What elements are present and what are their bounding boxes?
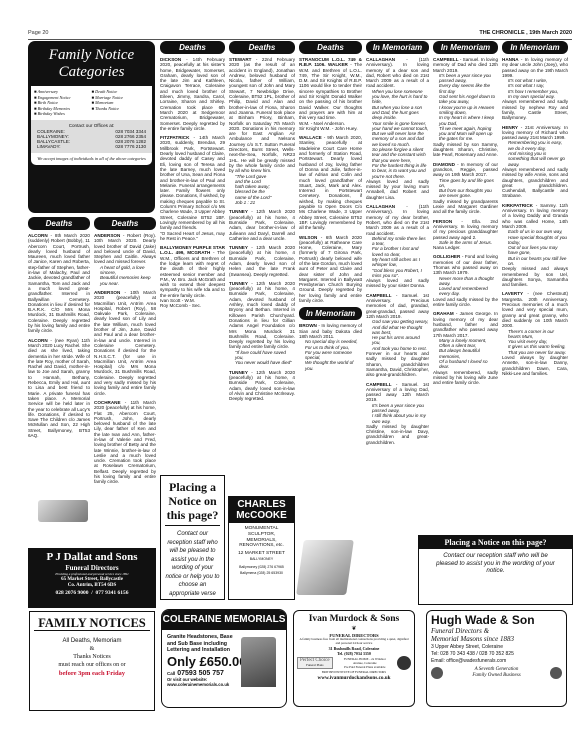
notice-entry: WILSON - 6th March 2020 (peacefully) at … [299, 235, 362, 304]
notice-entry: WALLACE - 9th March 2020, Stanley, peace… [299, 135, 362, 230]
notice-verse: For a brother I lost and loved so dear, [366, 246, 429, 257]
notice-verse: And missing you is something that will n… [502, 151, 568, 167]
notice-signoff: Always loved and sadly missed by your si… [366, 278, 429, 289]
notice-text: - 12th March 2020 (peacefully) at his ho… [229, 245, 295, 276]
notice-surname: WILSON [299, 235, 317, 240]
notice-surname: TUNNEY [229, 245, 248, 250]
notice-verse: Remembering you is easy, we do it every … [502, 140, 568, 151]
section-header-deaths: Deaths [94, 217, 156, 230]
notice-signoff: Sadly missed by son Sammy, daughters Sha… [433, 142, 498, 158]
notice-verse: Of a husband I loved so dear. [433, 359, 498, 370]
notice-line: must reach our offices on or [34, 661, 150, 669]
notice-text: - The W.M. and Brethren of L.O.L. 749, T… [299, 62, 362, 120]
notice-verse: Time goes by and life goes on, [433, 178, 498, 189]
images-note: We accept images of individuals in all o… [31, 153, 152, 165]
notice-text: - Robert (Roy). 10th March 2020. Dearly … [94, 233, 156, 264]
wade-address: 3 Upper Abbey Street, Coleraine [431, 644, 562, 651]
notice-entry: BALLYMONEY PURPLE STAR L.O.L. 499, MCGRA… [160, 245, 225, 309]
notice-text: - 14th March 2020, suddenly, Brendan, 29… [160, 135, 225, 230]
notice-entry: TUNNEY - 12th March 2020 (peacefully) at… [229, 370, 295, 402]
coffin-cross-image [296, 540, 354, 595]
notice-signature: Sir Knight W.M. - John Huey. [299, 126, 362, 131]
notice-verse: Job 1 : 21 [229, 200, 295, 205]
notice-signoff: Sadly missed by daughter Christine, son-… [366, 424, 429, 445]
notice-verse: But in our hearts you still live on. [502, 256, 568, 267]
notice-verse: For the hardest thing in life to bear, i… [366, 163, 429, 179]
notice-verse: And did what He thought was best, [366, 325, 429, 336]
col3-column: DeathsDICKSON - 14th February 2020, peac… [160, 41, 225, 313]
notice-verse: We thought the world of you. [299, 360, 362, 371]
notice-surname: STEWART [229, 57, 251, 62]
notice-signoff: Nana Ledger. [433, 245, 498, 250]
notice-verse: Every day seems like the first day [433, 83, 498, 94]
notice-surname: CAMPBELL [366, 293, 392, 298]
notice-signoff: Always remembered and sadly missed by ne… [502, 99, 568, 120]
notice-entry: COCHRANE - 11th March 2020 (peacefully) … [94, 400, 156, 485]
col1-column: DeathsALCORN - 8th March 2020 (suddenly)… [28, 217, 90, 442]
page-number: Page 20 [28, 30, 49, 36]
notice-surname: ANDERSON [94, 233, 120, 238]
notice-text: - 12th March 2020 (peacefully) at his ho… [229, 209, 295, 240]
wade-ad: Hugh Wade & Son Funeral Directors & Memo… [426, 610, 567, 707]
family-notice-categories: Family Notice Categories Anniversary Dea… [28, 41, 155, 213]
col8-column: In MemoriamHANNA - In loving memory of m… [502, 41, 568, 380]
notice-surname: CALLAGHAN [366, 204, 395, 209]
notice-text: - 8th March 2020 (suddenly) Robert (Bobb… [28, 233, 90, 333]
notice-signoff: Always remembered and sadly missed by wi… [502, 167, 568, 199]
wade-script: Family Owned Business [472, 673, 520, 679]
notice-entry: HENRY - 21st Anniversary. In loving memo… [502, 125, 568, 199]
notice-surname: WALLACE [299, 135, 322, 140]
notice-verse: Behind my smile there lies a tear, [366, 236, 429, 247]
ornament-icon: ❦ [297, 625, 411, 633]
placing-body: Contact our reception staff who will be … [419, 549, 572, 578]
notice-text: - The W.M., Officers and Brethren of the… [160, 250, 225, 297]
murdock-tagline: A family business free from all multinat… [297, 638, 411, 646]
notice-verse: But always beautiful memories, [433, 348, 498, 359]
notice-verse: When you lose someone you love, the hurt… [366, 89, 429, 105]
notice-verse: "God bless you Robert, I miss you so". [366, 268, 429, 279]
notice-entry: ALCORN - (nee Ryan) 11th March 2020 Lucy… [28, 338, 90, 439]
crest-icon [550, 667, 562, 679]
dallat-sub: Funeral Directors [29, 564, 155, 572]
murdock-name: Ivan Murdock & Sons [297, 614, 411, 625]
category-item: Thanks Notice [92, 106, 150, 112]
mccooke-ad: CHARLESMcCOOKE MONUMENTALSCULPTOR,MEMORI… [228, 496, 295, 600]
notice-verse: For you were someone special, [299, 350, 362, 361]
notice-verse: In my heart is where I keep you Dad, [433, 115, 498, 126]
notice-surname: CALLAGHAN [366, 57, 395, 62]
section-header-deaths: Deaths [160, 41, 225, 54]
notice-verse: God sent his Angel down to take you away… [433, 94, 498, 105]
notice-quote: "O Sacred Heart of Jesus, may he Rest in… [160, 231, 225, 242]
notice-entry: TUNNEY - 12th March 2020 (peacefully) at… [229, 281, 295, 366]
notice-entry: KIRKPATRICK - Sammy. 11th Anniversary. I… [502, 203, 568, 288]
notice-surname: DIAMOND [433, 162, 455, 167]
placing-title: Placing a Notice on this page? [165, 480, 220, 526]
wade-script: Funeral Directors & [431, 627, 562, 635]
col5-column: DeathsSTRANOCUM L.O.L. 749 & R.B.P. 1106… [299, 41, 362, 371]
notice-signoff: Forever in our hearts and sadly missed b… [366, 351, 429, 377]
notice-verse: Til we meet again, hoping you and Mum wi… [433, 126, 498, 142]
notice-surname: HENRY [502, 125, 518, 130]
notice-text: - (11th Anniversary). In loving memory o… [366, 204, 429, 235]
notice-signoff: Sadly missed by grandparents Lexie and M… [433, 199, 498, 215]
notice-verse: Loved and remembered every day. [433, 286, 498, 297]
notice-text: - 10th March 2020 (peacefully) at Macmil… [94, 290, 156, 396]
placing-notice-ad-right: Placing a Notice on this page? Contact o… [418, 535, 573, 605]
notice-entry: FERSON - Ella. 2nd Anniversary. In lovin… [433, 219, 498, 251]
contact-title: Contact our Offices at: [37, 123, 146, 128]
notice-entry: DICKSON - 14th February 2020, peacefully… [160, 57, 225, 131]
categories-list: Anniversary Death Notice Engagement Noti… [31, 86, 152, 120]
categories-title: Family Notice Categories [31, 47, 152, 81]
notice-verse: But from our thoughts you are never gone… [433, 188, 498, 199]
notice-verse: But when you lose a son and Dad, the hur… [366, 105, 429, 121]
pc-sub: Funeral Plans [300, 663, 330, 667]
wade-name: Hugh Wade & Son [431, 614, 562, 627]
notice-surname: KIRKPATRICK [502, 203, 533, 208]
notice-signature: Roy McComb - Sec. [160, 303, 225, 308]
notice-line: & [34, 645, 150, 653]
notice-signoff: Deeply missed and always remembered by s… [502, 266, 568, 287]
section-header-deaths: Deaths [28, 217, 90, 230]
notice-verse: Never more than a thought away. [433, 276, 498, 287]
office-contacts: Contact our Offices at: COLERAINE:028 70… [31, 120, 152, 153]
perfect-choice-logo: Perfect Choice [300, 659, 330, 663]
notice-surname: BROWN [299, 323, 317, 328]
notice-surname: TUNNEY [229, 370, 248, 375]
deadline-text: before 3pm each Friday [34, 669, 150, 678]
notice-entry: HANNA - In loving memory of my dear uncl… [502, 57, 568, 121]
notice-text: - 14th February 2020, peacefully at his … [160, 57, 225, 131]
notice-text: - (nee Ryan) 11th March 2020 Lucy Rachel… [28, 338, 90, 438]
notice-text: - 12th March 2020 (peacefully) at his ho… [229, 370, 295, 401]
section-header-memoriam: In Memoriam [433, 41, 498, 54]
notice-verse: I still think about you in my own way. [366, 413, 429, 424]
notice-signoff: Loved and sadly missed by the entire fam… [433, 297, 498, 308]
col2-column: DeathsANDERSON - Robert (Roy). 10th Marc… [94, 217, 156, 489]
paper-title: THE CHRONICLE , 19th March 2020 [479, 30, 572, 36]
notice-verse: I know you're up in Heaven smiling down, [433, 105, 498, 116]
ad-line: Ballymena (028) 25 653930 [229, 571, 294, 577]
notice-entry: TUNNEY - 12th March 2020 (peacefully) at… [229, 245, 295, 277]
notice-surname: ALCORN [28, 233, 48, 238]
notice-surname: TUNNEY [229, 209, 248, 214]
notice-verse: Beautiful memories keep you near. [94, 275, 156, 286]
notice-verse: Out of our lives you may have gone, [502, 245, 568, 256]
notice-surname: GOLLIGHER [433, 254, 460, 259]
notice-entry: CAMPBELL - Samuel. 1st Anniversary. Prec… [366, 293, 429, 378]
wade-email[interactable]: Email: office@wadesfunerals.com [431, 658, 562, 665]
headstone-image [241, 637, 276, 687]
ad-line: BALLYMONEY [229, 557, 294, 563]
notice-verse: There's a corner in our hearts Mum, [502, 329, 568, 340]
notice-text: - 22nd February 2020 (as the result of a… [229, 57, 295, 173]
notice-verse: You never would have died" [229, 360, 295, 365]
notice-verse: My heart still aches as I whisper low, [366, 257, 429, 268]
placing-title: Placing a Notice on this page? [419, 536, 572, 549]
section-header-memoriam: In Memoriam [366, 41, 429, 54]
notice-signoff: Always loved and sadly missed by your lo… [366, 179, 429, 200]
notice-verse: Have special thoughts of you today, [502, 235, 568, 246]
notice-verse: He put his arms around you, [366, 335, 429, 346]
murdock-website[interactable]: www.ivanmurdockandsons.co.uk [297, 675, 411, 681]
notice-surname: HANNA [502, 57, 519, 62]
notice-text: - (11th Anniversary). In loving memory o… [366, 57, 429, 88]
notice-verse: God saw you getting weary, [366, 319, 429, 324]
notice-entry: CALLAGHAN - (11th Anniversary). In lovin… [366, 57, 429, 200]
notice-text: - 9th March 2020, Stanley, peacefully at… [299, 135, 362, 230]
notice-verse: "If love could have saved you, [229, 350, 295, 361]
notice-surname: FERSON [433, 219, 452, 224]
notice-entry: GOLLIGHER - Fond and loving memories of … [433, 254, 498, 307]
notice-surname: ANDERSON [94, 290, 120, 295]
notice-entry: STRANOCUM L.O.L. 749 & R.B.P. 1106. WALK… [299, 57, 362, 131]
notice-text: - 11th March 2020 (peacefully) at his ho… [94, 400, 156, 484]
col6-column: In MemoriamCALLAGHAN - (11th Anniversary… [366, 41, 429, 449]
notice-surname: TUNNEY [229, 281, 248, 286]
notice-line: All Deaths, Memoriam [34, 637, 150, 645]
mccooke-name: CHARLES [229, 499, 294, 510]
notice-entry: FITZPATRICK - 14th March 2020, suddenly,… [160, 135, 225, 241]
office-row: LIMAVADY:028 7776 2130 [37, 144, 146, 149]
notice-verse: It gives us this warm feeling, [502, 344, 568, 349]
call-label: Call [167, 671, 175, 676]
office-name: LIMAVADY: [37, 144, 61, 149]
notice-verse: But we will never lose the memory of a s… [366, 131, 429, 147]
wade-script: Memorial Masons since 1883 [431, 635, 562, 644]
notice-verse: No special day is needed, [299, 339, 362, 344]
ad-line: RENOVATIONS, etc. [229, 543, 294, 549]
family-notices-title: FAMILY NOTICES [34, 616, 150, 631]
family-notices-ad: FAMILY NOTICES All Deaths, Memoriam & Th… [29, 611, 155, 711]
notice-surname: LAVERTY [502, 291, 523, 296]
dallat-ad: P J Dallat and Sons Funeral Directors Pr… [28, 548, 156, 608]
section-header-deaths: Deaths [229, 41, 295, 54]
col4-column: DeathsSTEWART - 22nd February 2020 (as t… [229, 41, 295, 405]
office-phone: 028 7776 2130 [115, 144, 146, 149]
coleraine-memorials-ad: COLERAINE MEMORIALS Granite Headstones, … [161, 609, 287, 708]
notice-verse: Your smile is gone forever, your hand we… [366, 121, 429, 132]
notice-verse: It's been a year since you passed away, [433, 73, 498, 84]
wade-tel: Tel: 028 70 343 438 / 028 70 352 825 [431, 651, 562, 658]
placing-notice-ad: Placing a Notice on this page? Contact o… [160, 475, 225, 600]
notice-text: - 6th March 2020 (peacefully) at Rathean… [299, 235, 362, 304]
notice-entry: ALCORN - 8th March 2020 (suddenly) Rober… [28, 233, 90, 334]
crest-icon [397, 656, 411, 670]
notice-text: - 12th March 2020 (peacefully) at his ho… [229, 281, 295, 350]
notice-text: - (nee Chestnutt) Margretta. 20th Annive… [502, 291, 568, 328]
notice-signoff: Loved always by daughter Annette, son-in… [502, 355, 568, 376]
crest-icon [431, 667, 443, 679]
notice-verse: A heart of gold, a love sincere, [94, 265, 156, 276]
notice-surname: DICKSON [160, 57, 181, 62]
notice-verse: So please forgive a silent tear and the … [366, 147, 429, 163]
notice-entry: ANDERSON - Robert (Roy). 10th March 2020… [94, 233, 156, 286]
notice-entry: DIAMOND - In memory of our grandson, Reg… [433, 162, 498, 215]
notice-signoff: Always remembered, sadly missed by his l… [433, 370, 498, 386]
notice-entry: ANDERSON - 10th March 2020 (peacefully) … [94, 290, 156, 396]
notice-entry: CALLAGHAN - (11th Anniversary). In lovin… [366, 204, 429, 289]
section-header-memoriam: In Memoriam [502, 41, 568, 54]
notice-line: Thanks Notices [34, 653, 150, 661]
page-header: Page 20 THE CHRONICLE , 19th March 2020 [28, 28, 572, 40]
coleraine-memorials-phone: 07593 505 757 [177, 670, 224, 677]
prepaid-note: Pre Paid Funeral Plans available [340, 665, 390, 669]
dallat-name: P J Dallat and Sons [29, 551, 155, 564]
notice-entry: TUNNEY - 12th March 2020 (peacefully) at… [229, 209, 295, 241]
notice-surname: CAMPBELL [433, 57, 459, 62]
bible-image [38, 500, 88, 522]
category-item: Birthday Wishes [34, 111, 92, 117]
mccooke-name: McCOOKE [229, 510, 294, 521]
notice-verse: Each of us in our own way, [502, 229, 568, 234]
notice-entry: CAMPBELL - Samuel. 1st Anniversary of a … [366, 382, 429, 446]
col7-column: In MemoriamCAMPBELL - Samuel. In loving … [433, 41, 498, 390]
notice-surname: GRAHAM [433, 311, 454, 316]
notice-entry: BROWN - In loving memory of Sian and bab… [299, 323, 362, 371]
notice-entry: LAVERTY - (nee Chestnutt) Margretta. 20t… [502, 291, 568, 376]
coleraine-memorials-title: COLERAINE MEMORIALS [162, 610, 286, 630]
notice-verse: It's been a year since you passed away, [366, 403, 429, 414]
dallat-phones: 028 2076 9000 / 077 9341 6156 [29, 589, 155, 597]
notice-entry: STEWART - 22nd February 2020 (as the res… [229, 57, 295, 205]
section-header-deaths: Deaths [299, 41, 362, 54]
notice-surname: COCHRANE [94, 400, 121, 405]
notice-entry: CAMPBELL - Samuel. In loving memory of D… [433, 57, 498, 158]
notice-surname: FITZPATRICK [160, 135, 189, 140]
placing-body: Contact our reception staff who will be … [165, 530, 220, 600]
notice-surname: ALCORN [28, 338, 48, 343]
notice-entry: GRAHAM - James George. In loving memory … [433, 311, 498, 385]
murdock-ad: Ivan Murdock & Sons ❦ FUNERAL DIRECTORS … [293, 610, 415, 707]
notice-surname: CAMPBELL [366, 382, 392, 387]
funeral-home: FUNERAL HOME - 2a Windsor Avenue, Colera… [340, 657, 390, 665]
section-header-memoriam: In Memoriam [299, 307, 362, 320]
